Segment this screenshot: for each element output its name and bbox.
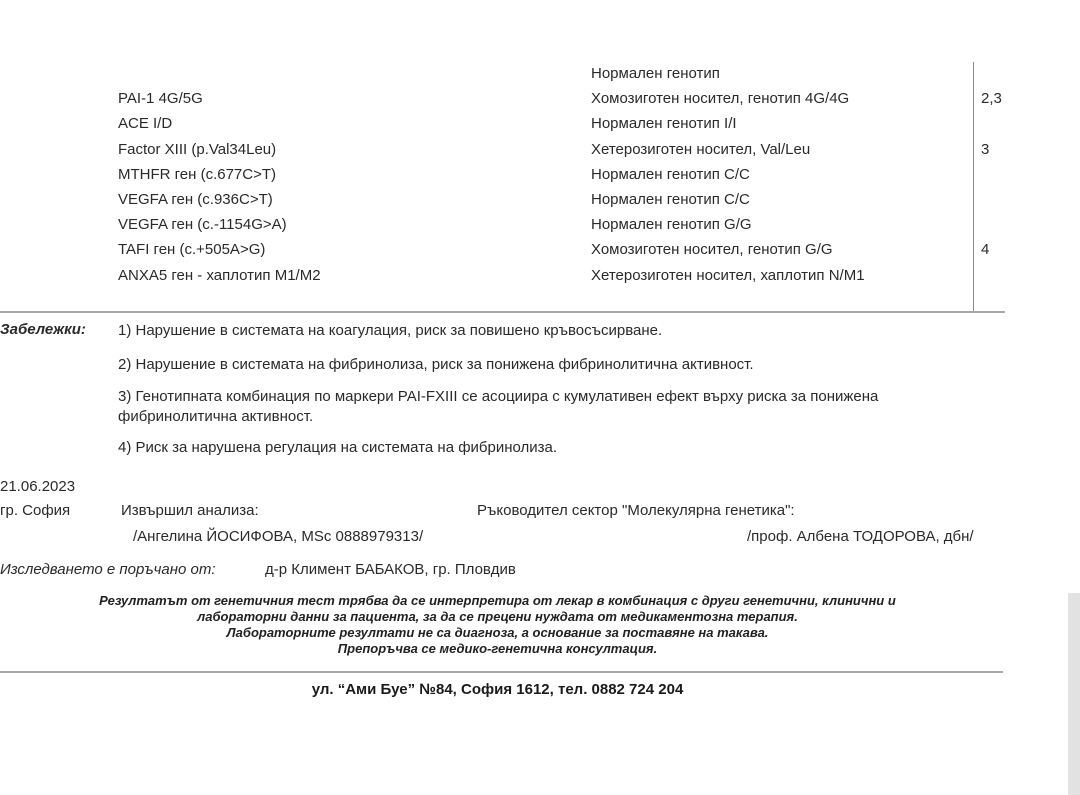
disclaimer-line-3: Лабораторните резултати не са диагноза, …: [0, 625, 995, 641]
ordered-by-label: Изследването е поръчано от:: [0, 561, 216, 579]
table-cell-result: Нормален генотип G/G: [591, 216, 752, 234]
table-cell-result: Хомозиготен носител, генотип 4G/4G: [591, 90, 849, 108]
table-cell-result: Хетерозиготен носител, Val/Leu: [591, 141, 810, 159]
table-cell-result: Хомозиготен носител, генотип G/G: [591, 241, 833, 259]
footer-divider: [0, 671, 1003, 673]
table-cell-result: Нормален генотип I/I: [591, 115, 737, 133]
table-cell-result: Хетерозиготен носител, хаплотип N/M1: [591, 267, 865, 285]
report-date: 21.06.2023: [0, 478, 75, 496]
scrollbar[interactable]: [1068, 593, 1080, 795]
performed-by-name: /Ангелина ЙОСИФОВА, MSc 0888979313/: [133, 528, 423, 546]
disclaimer-line-2: лабораторни данни за пациента, за да се …: [0, 609, 995, 625]
note-item-4: 4) Риск за нарушена регулация на система…: [118, 438, 557, 458]
note-item-1: 1) Нарушение в системата на коагулация, …: [118, 321, 662, 341]
disclaimer-line-4: Препоръчва се медико-генетична консултац…: [0, 641, 995, 657]
note-item-2: 2) Нарушение в системата на фибринолиза,…: [118, 355, 754, 375]
table-cell-gene: Factor XIII (p.Val34Leu): [118, 141, 276, 159]
table-cell-gene: TAFI ген (c.+505A>G): [118, 241, 265, 259]
table-cell-gene: MTHFR ген (c.677C>T): [118, 166, 276, 184]
table-cell-gene: PAI-1 4G/5G: [118, 90, 203, 108]
table-column-divider: [973, 62, 974, 313]
head-of-sector-name: /проф. Албена ТОДОРОВА, дбн/: [747, 528, 974, 546]
ordered-by-name: д-р Климент БАБАКОВ, гр. Пловдив: [265, 561, 516, 579]
notes-label: Забележки:: [0, 321, 86, 338]
table-cell-result: Нормален генотип: [591, 65, 720, 83]
table-cell-gene: ACE I/D: [118, 115, 172, 133]
table-cell-note-ref: 3: [981, 141, 989, 159]
table-cell-gene: VEGFA ген (c.-1154G>A): [118, 216, 287, 234]
table-cell-gene: ANXA5 ген - хаплотип M1/M2: [118, 267, 321, 285]
table-cell-result: Нормален генотип C/C: [591, 191, 750, 209]
table-cell-gene: VEGFA ген (c.936C>T): [118, 191, 273, 209]
footer-address: ул. “Ами Буе” №84, София 1612, тел. 0882…: [0, 681, 995, 698]
performed-by-label: Извършил анализа:: [121, 502, 259, 520]
table-bottom-border: [0, 311, 1005, 313]
table-cell-result: Нормален генотип C/C: [591, 166, 750, 184]
note-item-3: 3) Генотипната комбинация по маркери PAI…: [118, 387, 998, 427]
report-city: гр. София: [0, 502, 70, 520]
disclaimer-line-1: Резултатът от генетичния тест трябва да …: [0, 593, 995, 609]
head-of-sector-label: Ръководител сектор "Молекулярна генетика…: [477, 502, 795, 520]
table-cell-note-ref: 2,3: [981, 90, 1002, 108]
disclaimer: Резултатът от генетичния тест трябва да …: [0, 593, 995, 657]
table-cell-note-ref: 4: [981, 241, 989, 259]
